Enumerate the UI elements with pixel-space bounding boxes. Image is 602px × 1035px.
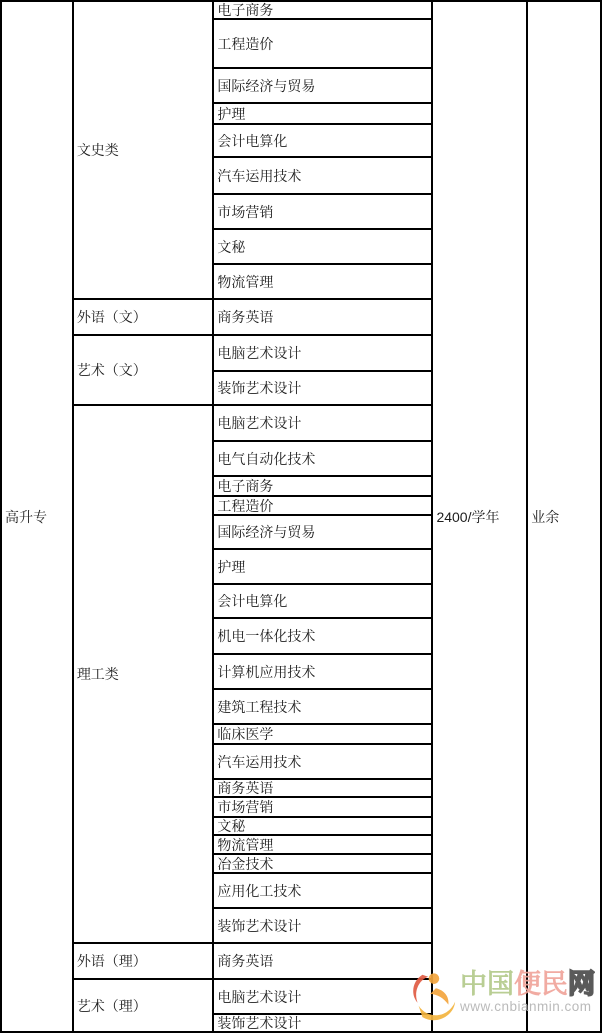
major-cell: 文秘 — [213, 229, 432, 264]
level-cell: 高升专 — [1, 1, 73, 1032]
category-cell: 艺术（文） — [73, 335, 214, 405]
category-cell: 理工类 — [73, 405, 214, 943]
major-cell: 临床医学 — [213, 724, 432, 744]
major-cell: 电脑艺术设计 — [213, 335, 432, 371]
tuition-cell: 2400/学年 — [432, 1, 527, 1032]
major-cell: 国际经济与贸易 — [213, 68, 432, 103]
major-cell: 工程造价 — [213, 496, 432, 515]
major-cell: 电脑艺术设计 — [213, 979, 432, 1014]
major-cell: 物流管理 — [213, 835, 432, 854]
category-cell: 外语（文） — [73, 299, 214, 335]
admissions-table: 高升专文史类电子商务2400/学年业余工程造价国际经济与贸易护理会计电算化汽车运… — [0, 0, 602, 1033]
page: 高升专文史类电子商务2400/学年业余工程造价国际经济与贸易护理会计电算化汽车运… — [0, 0, 602, 1035]
major-cell: 国际经济与贸易 — [213, 515, 432, 549]
major-cell: 电脑艺术设计 — [213, 405, 432, 441]
major-cell: 文秘 — [213, 817, 432, 835]
major-cell: 护理 — [213, 549, 432, 584]
major-cell: 计算机应用技术 — [213, 654, 432, 689]
major-cell: 汽车运用技术 — [213, 744, 432, 779]
major-cell: 冶金技术 — [213, 854, 432, 873]
major-cell: 市场营销 — [213, 194, 432, 229]
category-cell: 文史类 — [73, 1, 214, 299]
major-cell: 建筑工程技术 — [213, 689, 432, 724]
major-cell: 工程造价 — [213, 19, 432, 68]
study-mode-cell: 业余 — [527, 1, 601, 1032]
major-cell: 护理 — [213, 103, 432, 124]
major-cell: 物流管理 — [213, 264, 432, 299]
major-cell: 市场营销 — [213, 797, 432, 817]
major-cell: 会计电算化 — [213, 584, 432, 618]
major-cell: 汽车运用技术 — [213, 157, 432, 194]
major-cell: 机电一体化技术 — [213, 618, 432, 654]
major-cell: 装饰艺术设计 — [213, 371, 432, 405]
major-cell: 商务英语 — [213, 299, 432, 335]
category-cell: 外语（理） — [73, 943, 214, 979]
major-cell: 装饰艺术设计 — [213, 908, 432, 943]
major-cell: 电子商务 — [213, 476, 432, 496]
major-cell: 电气自动化技术 — [213, 441, 432, 476]
category-cell: 艺术（理） — [73, 979, 214, 1032]
major-cell: 电子商务 — [213, 1, 432, 19]
major-cell: 装饰艺术设计 — [213, 1014, 432, 1032]
major-cell: 商务英语 — [213, 779, 432, 797]
major-cell: 应用化工技术 — [213, 873, 432, 908]
major-cell: 会计电算化 — [213, 124, 432, 157]
table-row: 高升专文史类电子商务2400/学年业余 — [1, 1, 601, 19]
major-cell: 商务英语 — [213, 943, 432, 979]
